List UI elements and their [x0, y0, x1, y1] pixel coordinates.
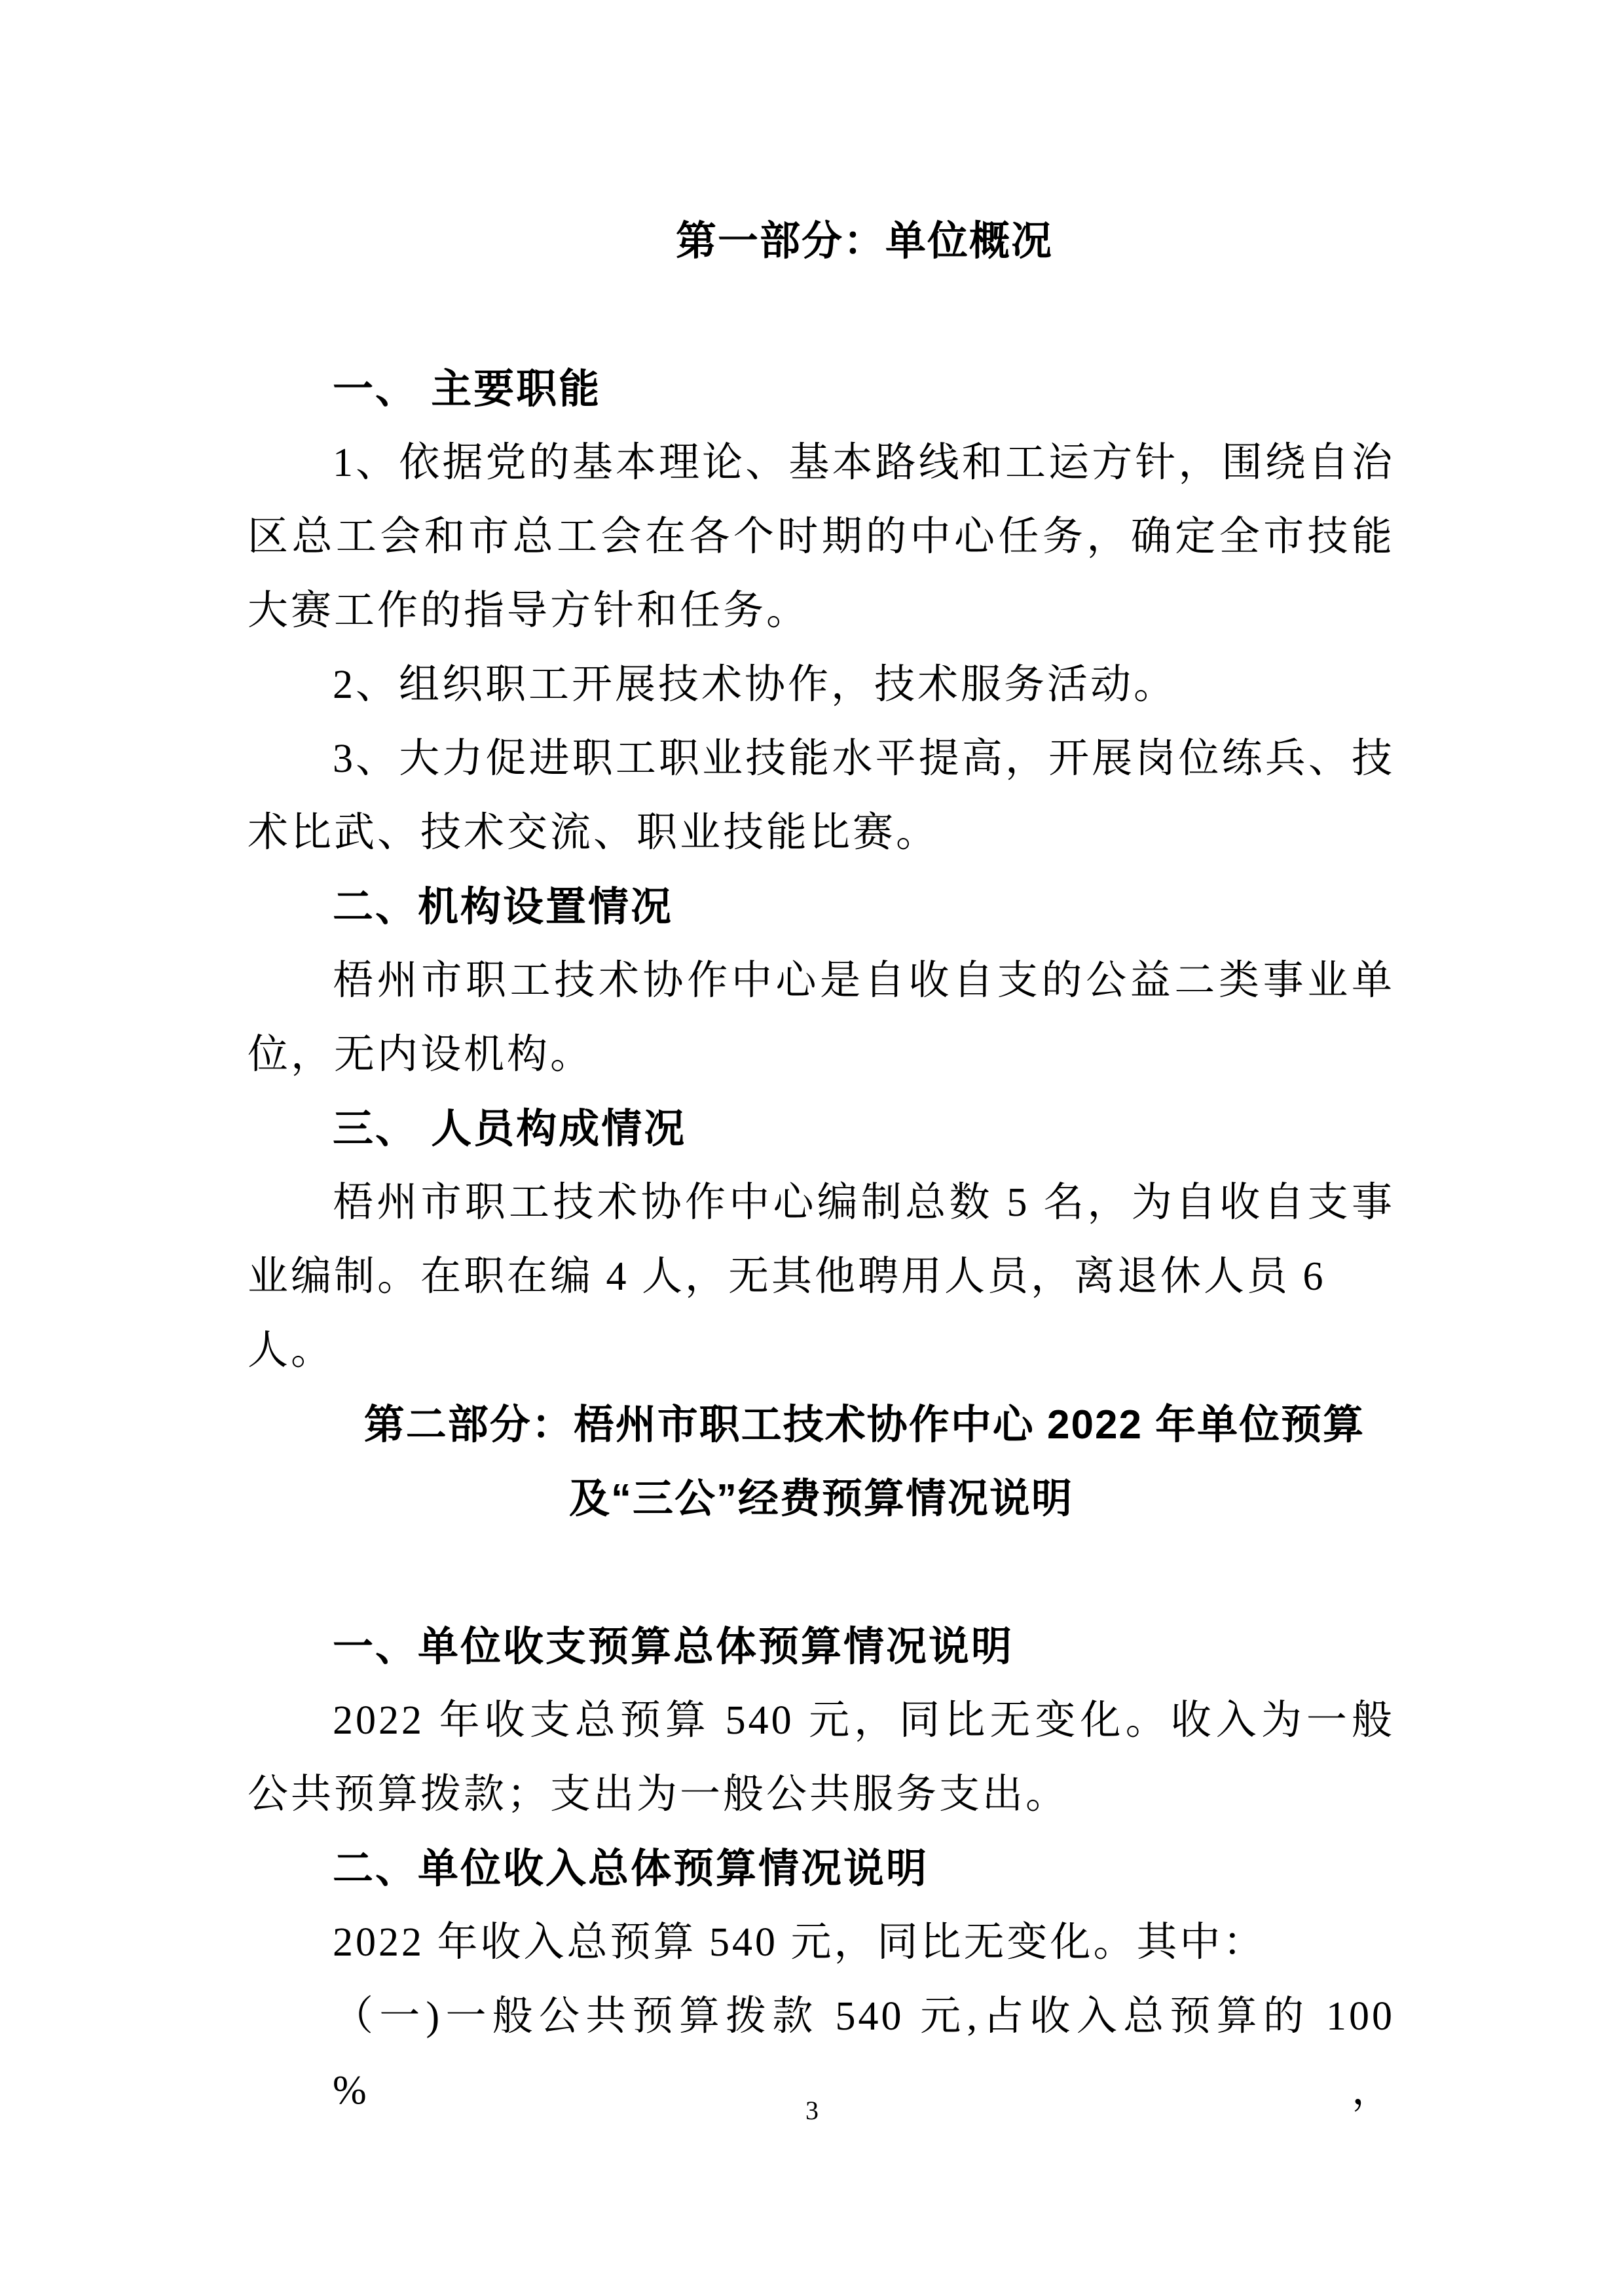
part-title-line: 第二部分：梧州市职工技术协作中心 2022 年单位预算	[291, 1388, 1438, 1462]
document-content: 第一部分：单位概况一、 主要职能1、依据党的基本理论、基本路线和工运方针，围绕自…	[0, 0, 1624, 2054]
document-page: 第一部分：单位概况一、 主要职能1、依据党的基本理论、基本路线和工运方针，围绕自…	[0, 0, 1624, 2296]
body-text-line: 梧州市职工技术协作中心编制总数 5 名，为自收自支事	[248, 1166, 1395, 1240]
blank-line	[248, 1314, 1395, 1388]
section-heading: 三、 人员构成情况	[248, 1092, 1395, 1166]
part-title-line: 第一部分：单位概况	[291, 204, 1438, 278]
body-text-line: 业编制。在职在编 4 人，无其他聘用人员，离退休人员 6 人。	[248, 1240, 1395, 1314]
blank-line	[248, 1536, 1395, 1610]
blank-line	[248, 278, 1395, 352]
body-text-line: 术比武、技术交流、职业技能比赛。	[248, 796, 1395, 870]
section-heading: 二、单位收入总体预算情况说明	[248, 1832, 1395, 1906]
section-heading: 一、 主要职能	[248, 352, 1395, 426]
body-text-line: 2022 年收支总预算 540 元，同比无变化。收入为一般	[248, 1684, 1395, 1758]
body-text-line: 公共预算拨款；支出为一般公共服务支出。	[248, 1758, 1395, 1832]
body-text-line: 1、依据党的基本理论、基本路线和工运方针，围绕自治	[248, 426, 1395, 500]
part-title-line: 及“三公”经费预算情况说明	[248, 1462, 1395, 1536]
body-text-line: 3、大力促进职工职业技能水平提高，开展岗位练兵、技	[248, 722, 1395, 796]
body-text-line: 2022 年收入总预算 540 元，同比无变化。其中：	[248, 1906, 1395, 1980]
section-heading: 二、机构设置情况	[248, 870, 1395, 944]
page-number: 3	[0, 2095, 1624, 2126]
body-text-line: 大赛工作的指导方针和任务。	[248, 574, 1395, 648]
body-text-line: 位，无内设机构。	[248, 1018, 1395, 1092]
body-text-line: （一)一般公共预算拨款 540 元,占收入总预算的 100 %，	[248, 1980, 1395, 2054]
body-text-line: 梧州市职工技术协作中心是自收自支的公益二类事业单	[248, 944, 1395, 1018]
body-text-line: 2、组织职工开展技术协作，技术服务活动。	[248, 648, 1395, 722]
body-text-line: 区总工会和市总工会在各个时期的中心任务，确定全市技能	[248, 500, 1395, 574]
section-heading: 一、单位收支预算总体预算情况说明	[248, 1610, 1395, 1684]
